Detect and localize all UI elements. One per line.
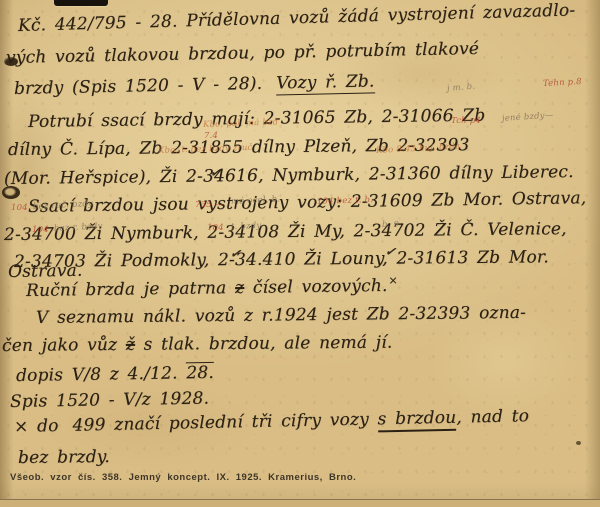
manuscript-line: × do499 značí poslední tři cifry vozy s … (14, 406, 530, 437)
check-mark: ✓ (209, 165, 222, 181)
line-text: brzdy (Spis 1520 - V - 28). (14, 74, 263, 99)
manuscript-line: V seznamu nákl. vozů z r.1924 jest Zb 2-… (36, 303, 526, 328)
printed-form-footer: Všeob. vzor čís. 358. Jemný koncept. IX.… (10, 472, 356, 483)
pencil-annotation: 104 bez t. b. (317, 195, 373, 207)
line-text: vých vozů tlakovou brzdou, po př. potrub… (6, 39, 479, 68)
pencil-annotation: b. 9. (382, 220, 402, 230)
pencil-annotation: 735 — (195, 200, 223, 210)
manuscript-line: Ostrava. (8, 261, 83, 282)
line-text: × do (14, 416, 59, 437)
line-text: čen jako vůz (2, 335, 117, 356)
line-text: 2-34703 Ži Podmokly, 2-34.410 Ži Louny, … (14, 247, 549, 272)
underlined-text: Vozy ř. Zb. (276, 71, 375, 95)
pencil-annotation: 104 (11, 203, 28, 213)
footnote-marker: × (388, 274, 398, 287)
line-text: Ostrava. (8, 261, 83, 282)
pencil-annotation: t. bzdy (231, 221, 262, 232)
manuscript-line: vých vozů tlakovou brzdou, po př. potrub… (6, 39, 479, 68)
line-text: 499 značí poslední tři cifry vozy (72, 410, 369, 436)
ink-speck (576, 441, 581, 445)
line-text: , nad to (456, 406, 529, 428)
page-bottom-edge (0, 499, 600, 507)
pencil-annotation: 104 (32, 225, 49, 235)
pencil-annotation: 7.4 (204, 131, 218, 141)
line-text: dopis V/8 z 4./12. (16, 363, 178, 386)
manuscript-line: 2-34703 Ži Podmokly, 2-34.410 Ži Louny, … (14, 247, 549, 272)
overlined-text: 28. (186, 362, 214, 383)
check-mark: ✓ (384, 244, 397, 260)
underlined-text: s brzdou (377, 408, 456, 433)
line-text: s tlak. brzdou, ale nemá jí. (144, 333, 393, 355)
pencil-annotation: 104 (207, 223, 224, 233)
struck-text: z (235, 278, 244, 298)
manuscript-line: bez brzdy. (18, 447, 110, 468)
line-text: Ssací brzdou jsou vystrojeny vozy: 2-316… (28, 188, 587, 217)
pencil-annotation: j m. b. (447, 82, 476, 94)
manuscript-line: Ssací brzdou jsou vystrojeny vozy: 2-316… (28, 188, 587, 217)
manuscript-line: čen jako vůz ž s tlak. brzdou, ale nemá … (2, 333, 393, 356)
scanned-manuscript-page: Kč. 442/795 - 28. Přídělovna vozů žádá v… (0, 0, 600, 507)
adjacent-page-edge (54, 0, 108, 6)
struck-text: ž (126, 335, 135, 355)
check-mark: ✓ (229, 246, 242, 262)
manuscript-line: (Mor. Heřspice), Ži 2-34616, Nymburk, 2-… (4, 162, 574, 189)
line-text: Spis 1520 - V/z 1928. (10, 389, 209, 412)
pencil-annotation: jené bzdy— (502, 110, 554, 124)
line-text: čísel vozových. (253, 276, 388, 298)
line-text: (Mor. Heřspice), Ži 2-34616, Nymburk, 2-… (4, 162, 574, 189)
line-text: V seznamu nákl. vozů z r.1924 jest Zb 2-… (36, 303, 526, 328)
line-text: Ruční brzda je patrna (26, 278, 227, 301)
line-text: bez brzdy. (18, 447, 110, 468)
manuscript-line: brzdy (Spis 1520 - V - 28).Vozy ř. Zb. (14, 71, 375, 99)
manuscript-line: Ruční brzda je patrna z čísel vozových.× (26, 276, 397, 301)
pencil-annotation: Tehn p.8 (543, 77, 582, 89)
manuscript-line: dopis V/8 z 4./12. 28. (16, 363, 214, 386)
manuscript-line: Spis 1520 - V/z 1928. (10, 389, 209, 412)
pencil-annotation: Tch p4 (451, 116, 481, 126)
